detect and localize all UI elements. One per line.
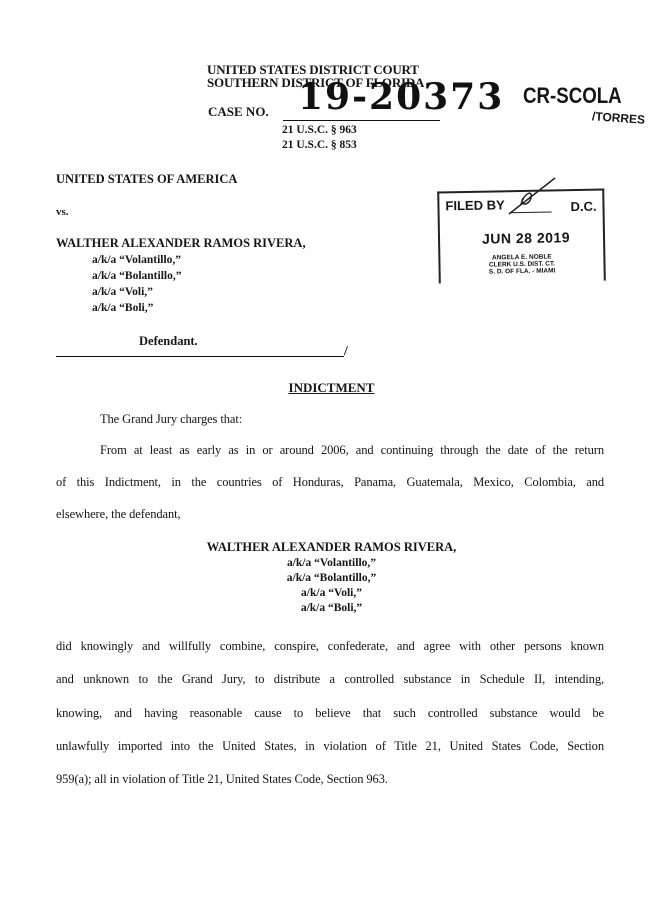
defendant-name: WALTHER ALEXANDER RAMOS RIVERA, bbox=[56, 236, 306, 251]
alias: a/k/a “Volantillo,” bbox=[92, 254, 181, 266]
alias: a/k/a “Voli,” bbox=[92, 286, 153, 298]
defendant-name-centered: WALTHER ALEXANDER RAMOS RIVERA, bbox=[0, 540, 663, 555]
paragraph-line: of this Indictment, in the countries of … bbox=[56, 475, 604, 490]
filed-date: JUN 28 2019 bbox=[482, 229, 570, 247]
versus-label: vs. bbox=[56, 206, 69, 218]
filed-by-label: FILED BY bbox=[445, 197, 504, 213]
paragraph-line: and unknown to the Grand Jury, to distri… bbox=[56, 672, 604, 687]
document-title: INDICTMENT bbox=[0, 380, 663, 396]
case-number-label: CASE NO. bbox=[208, 104, 269, 120]
caption-divider bbox=[56, 356, 344, 357]
magistrate-judge-stamp: /TORRES bbox=[592, 109, 646, 127]
case-number-underline bbox=[283, 120, 440, 121]
caption-slash: / bbox=[344, 344, 348, 360]
paragraph-line: unlawfully imported into the United Stat… bbox=[56, 739, 604, 754]
plaintiff-name: UNITED STATES OF AMERICA bbox=[56, 172, 237, 187]
clerk-district: S. D. OF FLA. - MIAMI bbox=[441, 267, 604, 277]
statute-citation: 21 U.S.C. § 853 bbox=[282, 139, 357, 151]
paragraph-line: elsewhere, the defendant, bbox=[56, 507, 181, 522]
alias-centered: a/k/a “Boli,” bbox=[0, 602, 663, 614]
alias-centered: a/k/a “Bolantillo,” bbox=[0, 572, 663, 584]
case-number-stamp: 19-20373 bbox=[298, 76, 504, 118]
alias-centered: a/k/a “Volantillo,” bbox=[0, 557, 663, 569]
paragraph-line: did knowingly and willfully combine, con… bbox=[56, 639, 604, 654]
clerk-signature-icon bbox=[507, 176, 557, 216]
alias: a/k/a “Boli,” bbox=[92, 302, 153, 314]
statute-citation: 21 U.S.C. § 963 bbox=[282, 124, 357, 136]
paragraph-line: knowing, and having reasonable cause to … bbox=[56, 706, 604, 721]
case-suffix-stamp: CR-SCOLA bbox=[523, 83, 622, 109]
defendant-label: Defendant. bbox=[139, 334, 198, 349]
intro-text: The Grand Jury charges that: bbox=[100, 412, 242, 427]
alias: a/k/a “Bolantillo,” bbox=[92, 270, 181, 282]
alias-centered: a/k/a “Voli,” bbox=[0, 587, 663, 599]
paragraph-line: From at least as early as in or around 2… bbox=[100, 443, 604, 458]
paragraph-line: 959(a); all in violation of Title 21, Un… bbox=[56, 772, 388, 787]
dc-label: D.C. bbox=[570, 199, 596, 214]
